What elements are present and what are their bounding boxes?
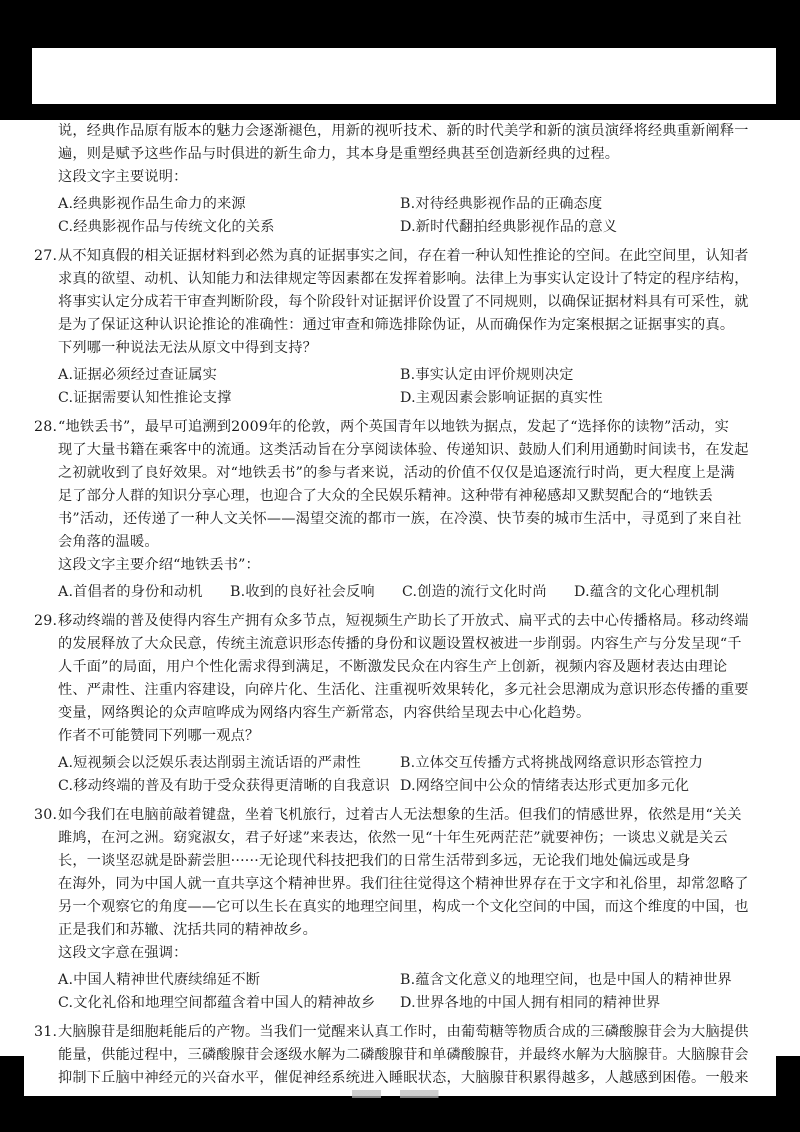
option-c: C.经典影视作品与传统文化的关系 <box>58 216 400 239</box>
passage-line: 性、严肃性、注重内容建设，向碎片化、生活化、注重视听效果转化，多元社会思潮成为意… <box>40 679 760 702</box>
passage-line: 如今我们在电脑前敲着键盘，坐着飞机旅行，过着古人无法想象的生活。但我们的情感世界… <box>40 804 760 827</box>
option-a: A.经典影视作品生命力的来源 <box>58 193 400 216</box>
passage-line: 会角落的温暖。 <box>40 531 760 554</box>
option-d: D.网络空间中公众的情绪表达形式更加多元化 <box>400 775 742 798</box>
option-c: C.移动终端的普及有助于受众获得更清晰的自我意识 <box>58 775 400 798</box>
passage-line: 变量，网络舆论的众声喧哗成为网络内容生产新常态，内容供给呈现去中心化趋势。 <box>40 702 760 725</box>
option-c: C.证据需要认知性推论支撑 <box>58 387 400 410</box>
question-prompt: 这段文字主要说明： <box>40 166 760 189</box>
option-b: B.收到的良好社会反响 <box>230 581 402 604</box>
passage-line: 足了部分人群的知识分享心理，也迎合了大众的全民娱乐精神。这种带有神秘感却又默契配… <box>40 485 760 508</box>
option-d: D.蕴含的文化心理机制 <box>574 581 719 604</box>
question-prompt: 这段文字意在强调： <box>40 942 760 965</box>
options: A.中国人精神世代赓续绵延不断 B.蕴含文化意义的地理空间，也是中国人的精神世界… <box>40 969 760 1015</box>
options: A.证据必须经过查证属实 B.事实认定由评价规则决定 C.证据需要认知性推论支撑… <box>40 364 760 410</box>
options: A.经典影视作品生命力的来源 B.对待经典影视作品的正确态度 C.经典影视作品与… <box>40 193 760 239</box>
passage-line: 抑制下丘脑中神经元的兴奋水平，催促神经系统进入睡眠状态，大脑腺苷积累得越多，人越… <box>40 1067 760 1090</box>
option-b: B.对待经典影视作品的正确态度 <box>400 193 742 216</box>
passage-line: 说，经典作品原有版本的魅力会逐渐褪色，用新的视听技术、新的时代美学和新的演员演绎… <box>40 120 760 143</box>
passage-line: 雎鸠，在河之洲。窈窕淑女，君子好逑”来表达，依然一见“十年生死两茫茫”就要神伤；… <box>40 827 760 850</box>
bottom-redaction-band <box>0 1096 800 1132</box>
option-c: C.创造的流行文化时尚 <box>402 581 574 604</box>
option-a: A.首倡者的身份和动机 <box>58 581 230 604</box>
question-number: 28. <box>34 416 57 439</box>
exam-content: 说，经典作品原有版本的魅力会逐渐褪色，用新的视听技术、新的时代美学和新的演员演绎… <box>40 120 760 1090</box>
passage-line: 能量，供能过程中，三磷酸腺苷会逐级水解为二磷酸腺苷和单磷酸腺苷，并最终水解为大脑… <box>40 1044 760 1067</box>
options: A.短视频会以泛娱乐表达削弱主流话语的严肃性 B.立体交互传播方式将挑战网络意识… <box>40 752 760 798</box>
question-number: 27. <box>34 245 57 268</box>
question-prompt: 下列哪一种说法无法从原文中得到支持？ <box>40 337 760 360</box>
question-31: 31. 大脑腺苷是细胞耗能后的产物。当我们一觉醒来认真工作时，由葡萄糖等物质合成… <box>40 1021 760 1090</box>
passage-line: 移动终端的普及使得内容生产拥有众多节点，短视频生产助长了开放式、扁平式的去中心传… <box>40 610 760 633</box>
question-number: 29. <box>34 610 57 633</box>
options: A.首倡者的身份和动机 B.收到的良好社会反响 C.创造的流行文化时尚 D.蕴含… <box>40 581 760 604</box>
passage-line: 将事实认定分成若干审查判断阶段，每个阶段针对证据评价设置了不同规则，以确保证据材… <box>40 291 760 314</box>
passage-line: 另一个观察它的角度——它可以生长在真实的地理空间里，构成一个文化空间的中国，而这… <box>40 896 760 919</box>
option-a: A.中国人精神世代赓续绵延不断 <box>58 969 400 992</box>
question-28: 28. “地铁丢书”，最早可追溯到2009年的伦敦，两个英国青年以地铁为据点，发… <box>40 416 760 604</box>
question-prompt: 作者不可能赞同下列哪一观点？ <box>40 725 760 748</box>
passage-line: 的发展释放了大众民意，传统主流意识形态传播的身份和议题设置权被进一步削弱。内容生… <box>40 633 760 656</box>
passage-line: 书”活动，还传递了一种人文关怀——渴望交流的都市一族，在冷漠、快节奏的城市生活中… <box>40 508 760 531</box>
passage-line: 在海外，同为中国人就一直共享这个精神世界。我们往往觉得这个精神世界存在于文字和礼… <box>40 873 760 896</box>
passage-line: “地铁丢书”，最早可追溯到2009年的伦敦，两个英国青年以地铁为据点，发起了“选… <box>40 416 760 439</box>
question-number: 31. <box>34 1021 57 1044</box>
page-number-fragment <box>352 1090 448 1098</box>
option-b: B.事实认定由评价规则决定 <box>400 364 742 387</box>
option-a: A.证据必须经过查证属实 <box>58 364 400 387</box>
option-b: B.立体交互传播方式将挑战网络意识形态管控力 <box>400 752 742 775</box>
question-29: 29. 移动终端的普及使得内容生产拥有众多节点，短视频生产助长了开放式、扁平式的… <box>40 610 760 798</box>
passage-line: 大脑腺苷是细胞耗能后的产物。当我们一觉醒来认真工作时，由葡萄糖等物质合成的三磷酸… <box>40 1021 760 1044</box>
redacted-header-box <box>32 48 776 104</box>
passage-line: 之初就收到了良好效果。对“地铁丢书”的参与者来说，活动的价值不仅仅是追逐流行时尚… <box>40 462 760 485</box>
question-30: 30. 如今我们在电脑前敲着键盘，坐着飞机旅行，过着古人无法想象的生活。但我们的… <box>40 804 760 1015</box>
passage-line: 是为了保证这种认识论推论的准确性：通过审查和筛选排除伪证，从而确保作为定案根据之… <box>40 314 760 337</box>
question-prompt: 这段文字主要介绍“地铁丢书”： <box>40 554 760 577</box>
option-b: B.蕴含文化意义的地理空间，也是中国人的精神世界 <box>400 969 742 992</box>
passage-line: 求真的欲望、动机、认知能力和法律规定等因素都在发挥着影响。法律上为事实认定设计了… <box>40 268 760 291</box>
passage-line: 正是我们和苏辙、沈括共同的精神故乡。 <box>40 919 760 942</box>
option-d: D.主观因素会影响证据的真实性 <box>400 387 742 410</box>
passage-line: 长，一谈坚忍就是卧薪尝胆······无论现代科技把我们的日常生活带到多远，无论我… <box>40 850 760 873</box>
passage-line: 现了大量书籍在乘客中的流通。这类活动旨在分享阅读体验、传递知识、鼓励人们利用通勤… <box>40 439 760 462</box>
passage-line: 遍，则是赋予这些作品与时俱进的新生命力，其本身是重塑经典甚至创造新经典的过程。 <box>40 143 760 166</box>
option-d: D.世界各地的中国人拥有相同的精神世界 <box>400 992 742 1015</box>
top-redaction-band <box>0 0 800 120</box>
passage-line: 从不知真假的相关证据材料到必然为真的证据事实之间，存在着一种认知性推论的空间。在… <box>40 245 760 268</box>
option-a: A.短视频会以泛娱乐表达削弱主流话语的严肃性 <box>58 752 400 775</box>
option-c: C.文化礼俗和地理空间都蕴含着中国人的精神故乡 <box>58 992 400 1015</box>
passage-line: 人千面”的局面，用户个性化需求得到满足，不断激发民众在内容生产上创新，视频内容及… <box>40 656 760 679</box>
question-26-continuation: 说，经典作品原有版本的魅力会逐渐褪色，用新的视听技术、新的时代美学和新的演员演绎… <box>40 120 760 239</box>
question-number: 30. <box>34 804 57 827</box>
question-27: 27. 从不知真假的相关证据材料到必然为真的证据事实之间，存在着一种认知性推论的… <box>40 245 760 410</box>
option-d: D.新时代翻拍经典影视作品的意义 <box>400 216 742 239</box>
